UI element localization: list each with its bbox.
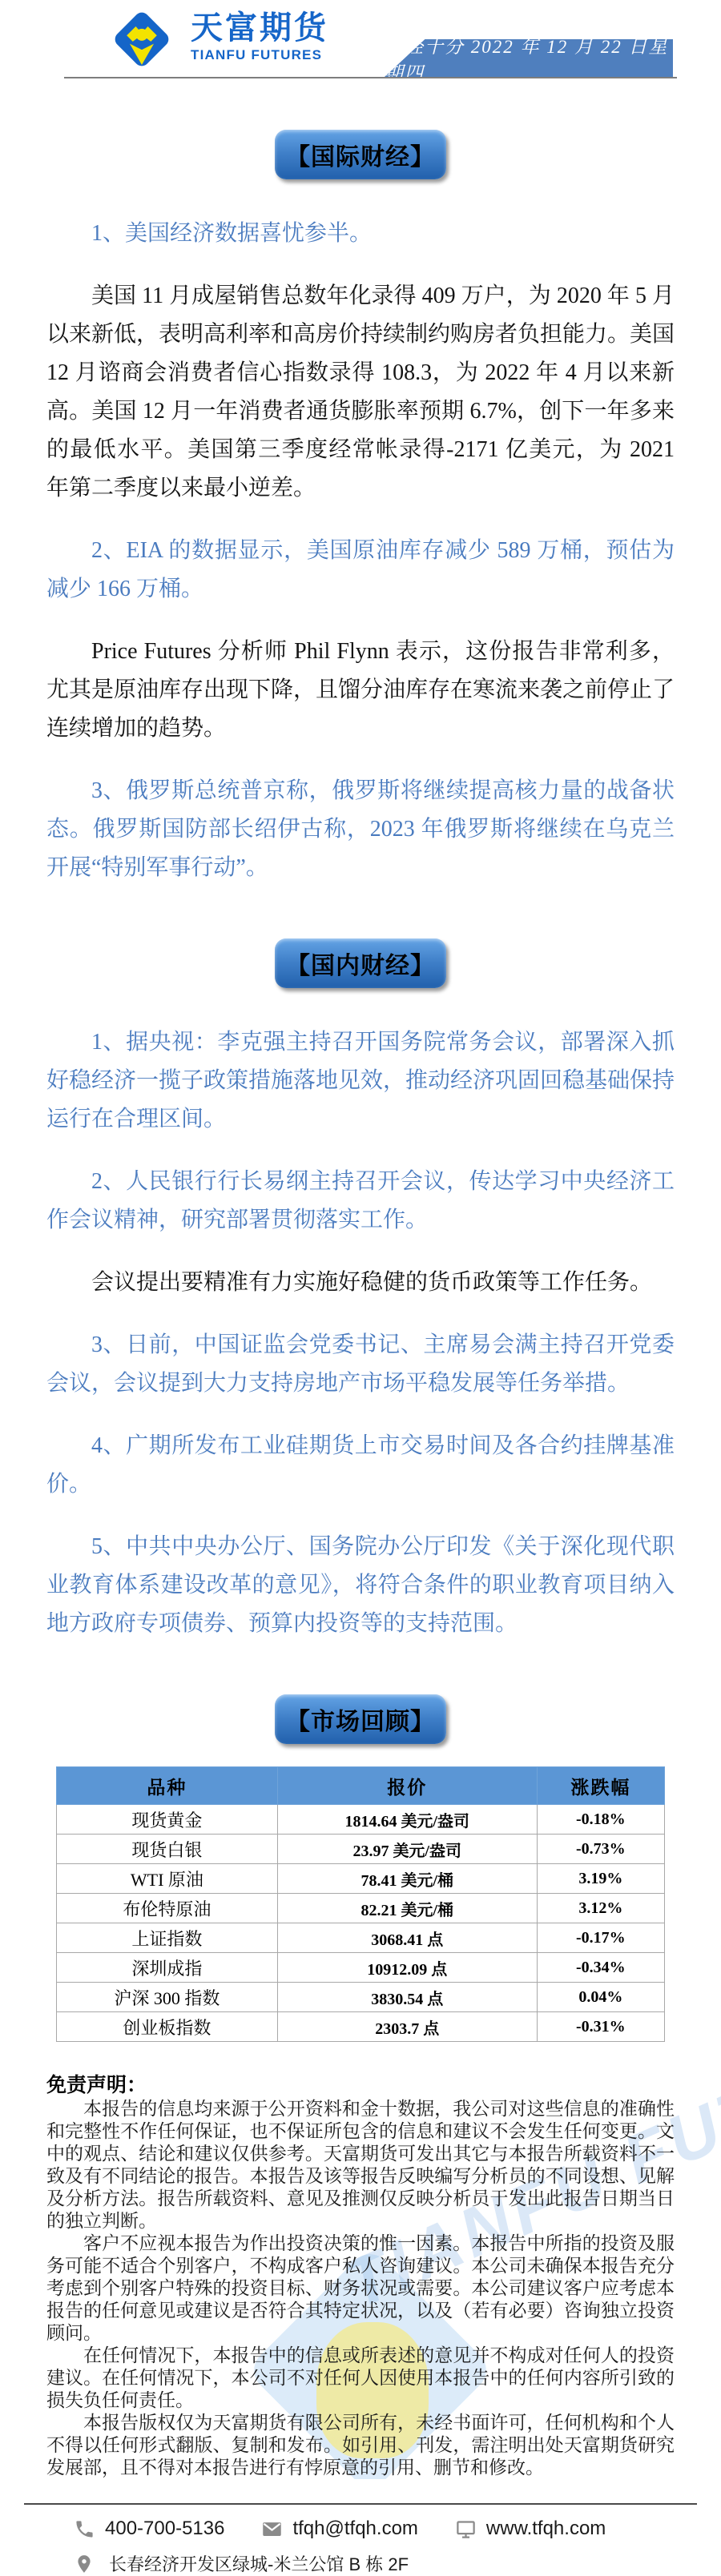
table-row: 深圳成指 10912.09 点 -0.34% bbox=[57, 1953, 665, 1983]
news-paragraph: 美国 11 月成屋销售总数年化录得 409 万户，为 2020 年 5 月以来新… bbox=[46, 277, 675, 508]
col-header-change: 涨跌幅 bbox=[537, 1767, 664, 1805]
product-name: 深圳成指 bbox=[57, 1953, 278, 1983]
international-section: 1、美国经济数据喜忧参半。 美国 11 月成屋销售总数年化录得 409 万户，为… bbox=[0, 215, 721, 887]
brand-logo: 天富期货 TIANFU FUTURES bbox=[104, 2, 328, 77]
table-row: 现货白银 23.97 美元/盎司 -0.73% bbox=[57, 1835, 665, 1864]
disclaimer-title: 免责声明： bbox=[46, 2069, 675, 2098]
market-table: 品种 报价 涨跌幅 现货黄金 1814.64 美元/盎司 -0.18% 现货白银… bbox=[56, 1766, 665, 2042]
website-url: www.tfqh.com bbox=[486, 2518, 606, 2540]
product-quote: 2303.7 点 bbox=[277, 2012, 537, 2042]
col-header-quote: 报价 bbox=[277, 1767, 537, 1805]
product-quote: 3068.41 点 bbox=[277, 1923, 537, 1953]
product-quote: 3830.54 点 bbox=[277, 1983, 537, 2012]
disclaimer-paragraph: 本报告版权仅为天富期货有限公司所有，未经书面许可，任何机构和个人不得以任何形式翻… bbox=[46, 2412, 675, 2479]
brand-name-cn: 天富期货 bbox=[191, 11, 328, 45]
product-quote: 10912.09 点 bbox=[277, 1953, 537, 1983]
news-paragraph: Price Futures 分析师 Phil Flynn 表示，这份报告非常利多… bbox=[46, 633, 675, 748]
monitor-icon bbox=[455, 2518, 477, 2540]
date-banner: 财经十分 2022 年 12 月 22 日星期四 bbox=[385, 39, 673, 77]
header: 天富期货 TIANFU FUTURES 财经十分 2022 年 12 月 22 … bbox=[0, 0, 721, 77]
section-title-market-review: 【市场回顾】 bbox=[275, 1694, 446, 1744]
table-row: WTI 原油 78.41 美元/桶 3.19% bbox=[57, 1864, 665, 1894]
address-row: 长春经济开发区绿城-米兰公馆 B 栋 2F bbox=[74, 2551, 673, 2576]
section-title-domestic: 【国内财经】 bbox=[275, 938, 446, 988]
product-change: 0.04% bbox=[537, 1983, 664, 2012]
contact-row: 400-700-5136 tfqh@tfqh.com www.tfqh.com bbox=[74, 2518, 673, 2540]
brand-name-en: TIANFU FUTURES bbox=[191, 48, 328, 62]
col-header-product: 品种 bbox=[57, 1767, 278, 1805]
news-item: 5、中共中央办公厅、国务院办公厅印发《关于深化现代职业教育体系建设改革的意见》，… bbox=[46, 1528, 675, 1643]
product-change: 3.12% bbox=[537, 1894, 664, 1923]
location-icon bbox=[74, 2554, 95, 2574]
news-paragraph: 会议提出要精准有力实施好稳健的货币政策等工作任务。 bbox=[46, 1264, 675, 1302]
table-row: 创业板指数 2303.7 点 -0.31% bbox=[57, 2012, 665, 2042]
domestic-section: 1、据央视：李克强主持召开国务院常务会议，部署深入抓好稳经济一揽子政策措施落地见… bbox=[0, 1023, 721, 1643]
table-row: 布伦特原油 82.21 美元/桶 3.12% bbox=[57, 1894, 665, 1923]
disclaimer-paragraph: 客户不应视本报告为作出投资决策的惟一因素。本报告中所指的投资及服务可能不适合个别… bbox=[46, 2232, 675, 2345]
product-name: 布伦特原油 bbox=[57, 1894, 278, 1923]
market-table-header-row: 品种 报价 涨跌幅 bbox=[57, 1767, 665, 1805]
phone-contact: 400-700-5136 bbox=[74, 2518, 224, 2540]
product-quote: 23.97 美元/盎司 bbox=[277, 1835, 537, 1864]
product-name: 现货黄金 bbox=[57, 1805, 278, 1835]
product-name: WTI 原油 bbox=[57, 1864, 278, 1894]
news-item: 1、据央视：李克强主持召开国务院常务会议，部署深入抓好稳经济一揽子政策措施落地见… bbox=[46, 1023, 675, 1139]
phone-number: 400-700-5136 bbox=[105, 2518, 224, 2540]
product-change: -0.17% bbox=[537, 1923, 664, 1953]
product-change: -0.18% bbox=[537, 1805, 664, 1835]
product-change: -0.31% bbox=[537, 2012, 664, 2042]
mail-icon bbox=[261, 2518, 283, 2540]
disclaimer-section: TIANFU FUTURES 免责声明： 本报告的信息均来源于公开资料和金十数据… bbox=[0, 2042, 721, 2479]
product-name: 现货白银 bbox=[57, 1835, 278, 1864]
news-item: 2、人民银行行长易纲主持召开会议，传达学习中央经济工作会议精神，研究部署贯彻落实… bbox=[46, 1163, 675, 1240]
product-change: -0.34% bbox=[537, 1953, 664, 1983]
product-quote: 1814.64 美元/盎司 bbox=[277, 1805, 537, 1835]
news-item: 3、日前，中国证监会党委书记、主席易会满主持召开党委会议，会议提到大力支持房地产… bbox=[46, 1326, 675, 1403]
brand-text: 天富期货 TIANFU FUTURES bbox=[191, 11, 328, 67]
news-item: 4、广期所发布工业硅期货上市交易时间及各合约挂牌基准价。 bbox=[46, 1427, 675, 1504]
disclaimer-paragraph: 本报告的信息均来源于公开资料和金十数据，我公司对这些信息的准确性和完整性不作任何… bbox=[46, 2098, 675, 2232]
footer: 400-700-5136 tfqh@tfqh.com www.tfqh.com bbox=[0, 2505, 721, 2576]
product-change: -0.73% bbox=[537, 1835, 664, 1864]
table-row: 上证指数 3068.41 点 -0.17% bbox=[57, 1923, 665, 1953]
product-quote: 78.41 美元/桶 bbox=[277, 1864, 537, 1894]
header-divider bbox=[64, 77, 677, 78]
product-change: 3.19% bbox=[537, 1864, 664, 1894]
product-quote: 82.21 美元/桶 bbox=[277, 1894, 537, 1923]
section-title-international: 【国际财经】 bbox=[275, 130, 446, 179]
product-name: 上证指数 bbox=[57, 1923, 278, 1953]
news-item: 2、EIA 的数据显示，美国原油库存减少 589 万桶，预估为减少 166 万桶… bbox=[46, 532, 675, 609]
news-item: 1、美国经济数据喜忧参半。 bbox=[46, 215, 675, 253]
newsletter-page: 天富期货 TIANFU FUTURES 财经十分 2022 年 12 月 22 … bbox=[0, 0, 721, 2576]
email-contact: tfqh@tfqh.com bbox=[261, 2518, 417, 2540]
address-text: 长春经济开发区绿城-米兰公馆 B 栋 2F bbox=[109, 2551, 409, 2576]
website-contact: www.tfqh.com bbox=[455, 2518, 606, 2540]
table-row: 沪深 300 指数 3830.54 点 0.04% bbox=[57, 1983, 665, 2012]
phone-icon bbox=[74, 2518, 95, 2540]
disclaimer-paragraph: 在任何情况下，本报告中的信息或所表述的意见并不构成对任何人的投资建议。在任何情况… bbox=[46, 2345, 675, 2412]
table-row: 现货黄金 1814.64 美元/盎司 -0.18% bbox=[57, 1805, 665, 1835]
product-name: 沪深 300 指数 bbox=[57, 1983, 278, 2012]
tianfu-logo-icon bbox=[104, 2, 179, 77]
product-name: 创业板指数 bbox=[57, 2012, 278, 2042]
news-item: 3、俄罗斯总统普京称，俄罗斯将继续提高核力量的战备状态。俄罗斯国防部长绍伊古称，… bbox=[46, 772, 675, 887]
email-address: tfqh@tfqh.com bbox=[292, 2518, 417, 2540]
